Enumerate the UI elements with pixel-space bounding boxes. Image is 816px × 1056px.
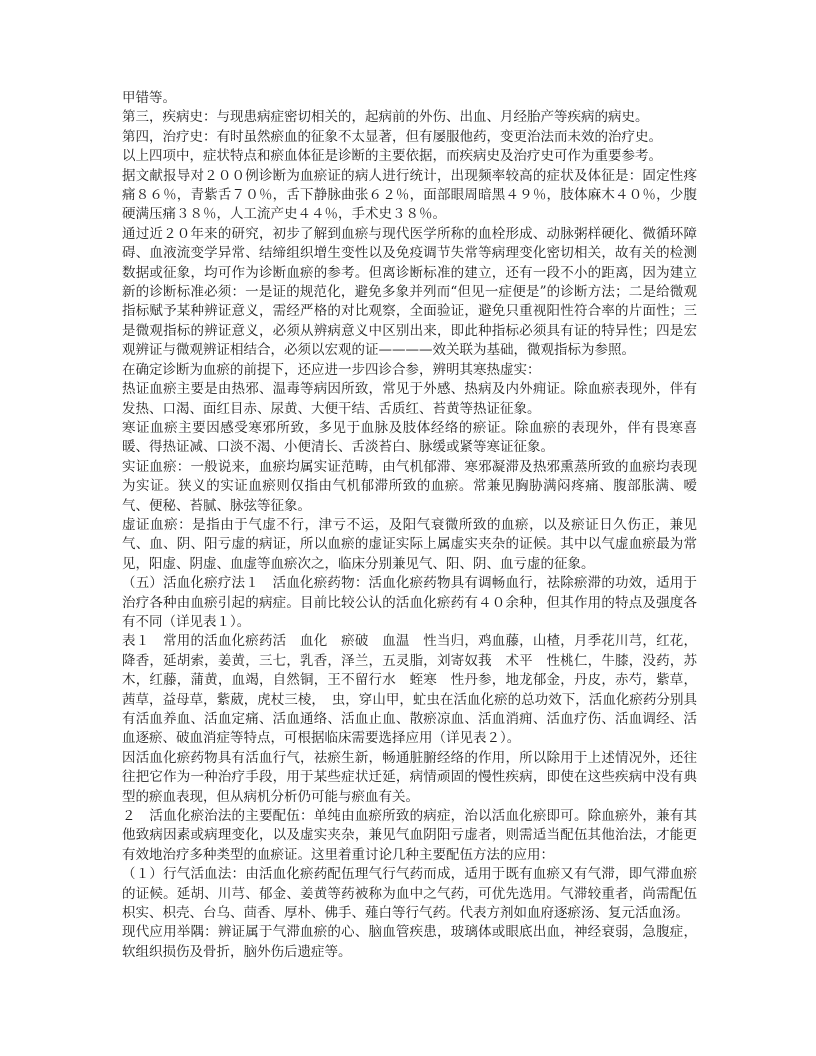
- paragraph-disease-history: 第三，疾病史：与现患病症密切相关的，起病前的外伤、出血、月经胎产等疾病的病史。: [122, 108, 697, 127]
- paragraph-therapy-section-intro: （五）活血化瘀疗法１ 活血化瘀药物：活血化瘀药物具有调畅血行，祛除瘀滞的功效，适…: [122, 574, 697, 632]
- paragraph-four-items-summary: 以上四项中，症状特点和瘀血体征是诊断的主要依据，而疾病史及治疗史可作为重要参考。: [122, 147, 697, 166]
- paragraph-deficiency-syndrome: 虚证血瘀：是指由于气虚不行，津亏不运，及阳气衰微所致的血瘀，以及瘀证日久伤正，兼…: [122, 516, 697, 574]
- paragraph-cold-syndrome: 寒证血瘀主要因感受寒邪所致，多见于血脉及肢体经络的瘀证。除血瘀的表现外，伴有畏寒…: [122, 419, 697, 458]
- paragraph-modern-research: 通过近２０年来的研究，初步了解到血瘀与现代医学所称的血栓形成、动脉粥样硬化、微循…: [122, 225, 697, 361]
- paragraph-heat-syndrome: 热证血瘀主要是由热邪、温毒等病因所致，常见于外感、热病及内外痈证。除血瘀表现外，…: [122, 380, 697, 419]
- paragraph-modern-applications: 现代应用举隅：辨证属于气滞血瘀的心、脑血管疾患，玻璃体或眼底出血，神经衰弱，急腹…: [122, 923, 697, 962]
- paragraph-excess-syndrome: 实证血瘀：一般说来，血瘀均属实证范畴，由气机郁滞、寒邪凝滞及热邪熏蒸所致的血瘀均…: [122, 458, 697, 516]
- document-page: 甲错等。 第三，疾病史：与现患病症密切相关的，起病前的外伤、出血、月经胎产等疾病…: [0, 0, 816, 1056]
- paragraph-treatment-history: 第四，治疗史：有时虽然瘀血的征象不太显著，但有屡服他药，变更治法而未效的治疗史。: [122, 128, 697, 147]
- paragraph-jiacuo: 甲错等。: [122, 89, 697, 108]
- paragraph-qi-moving-method: （１）行气活血法：由活血化瘀药配伍理气行气药而成，适用于既有血瘀又有气滞，即气滞…: [122, 865, 697, 923]
- document-body: 甲错等。 第三，疾病史：与现患病症密切相关的，起病前的外伤、出血、月经胎产等疾病…: [122, 89, 697, 962]
- paragraph-herb-other-uses: 因活血化瘀药物具有活血行气，祛瘀生新，畅通脏腑经络的作用，所以除用于上述情况外，…: [122, 749, 697, 807]
- paragraph-four-diagnoses-intro: 在确定诊断为血瘀的前提下，还应进一步四诊合参，辨明其寒热虚实：: [122, 361, 697, 380]
- paragraph-main-combinations: ２ 活血化瘀治法的主要配伍：单纯由血瘀所致的病症，治以活血化瘀即可。除血瘀外，兼…: [122, 807, 697, 865]
- paragraph-statistics-200-cases: 据文献报导对２００例诊断为血瘀证的病人进行统计，出现频率较高的症状及体征是：固定…: [122, 167, 697, 225]
- paragraph-table1-herb-list: 表１ 常用的活血化瘀药活 血化 瘀破 血温 性当归，鸡血藤，山楂，月季花川芎，红…: [122, 632, 697, 748]
